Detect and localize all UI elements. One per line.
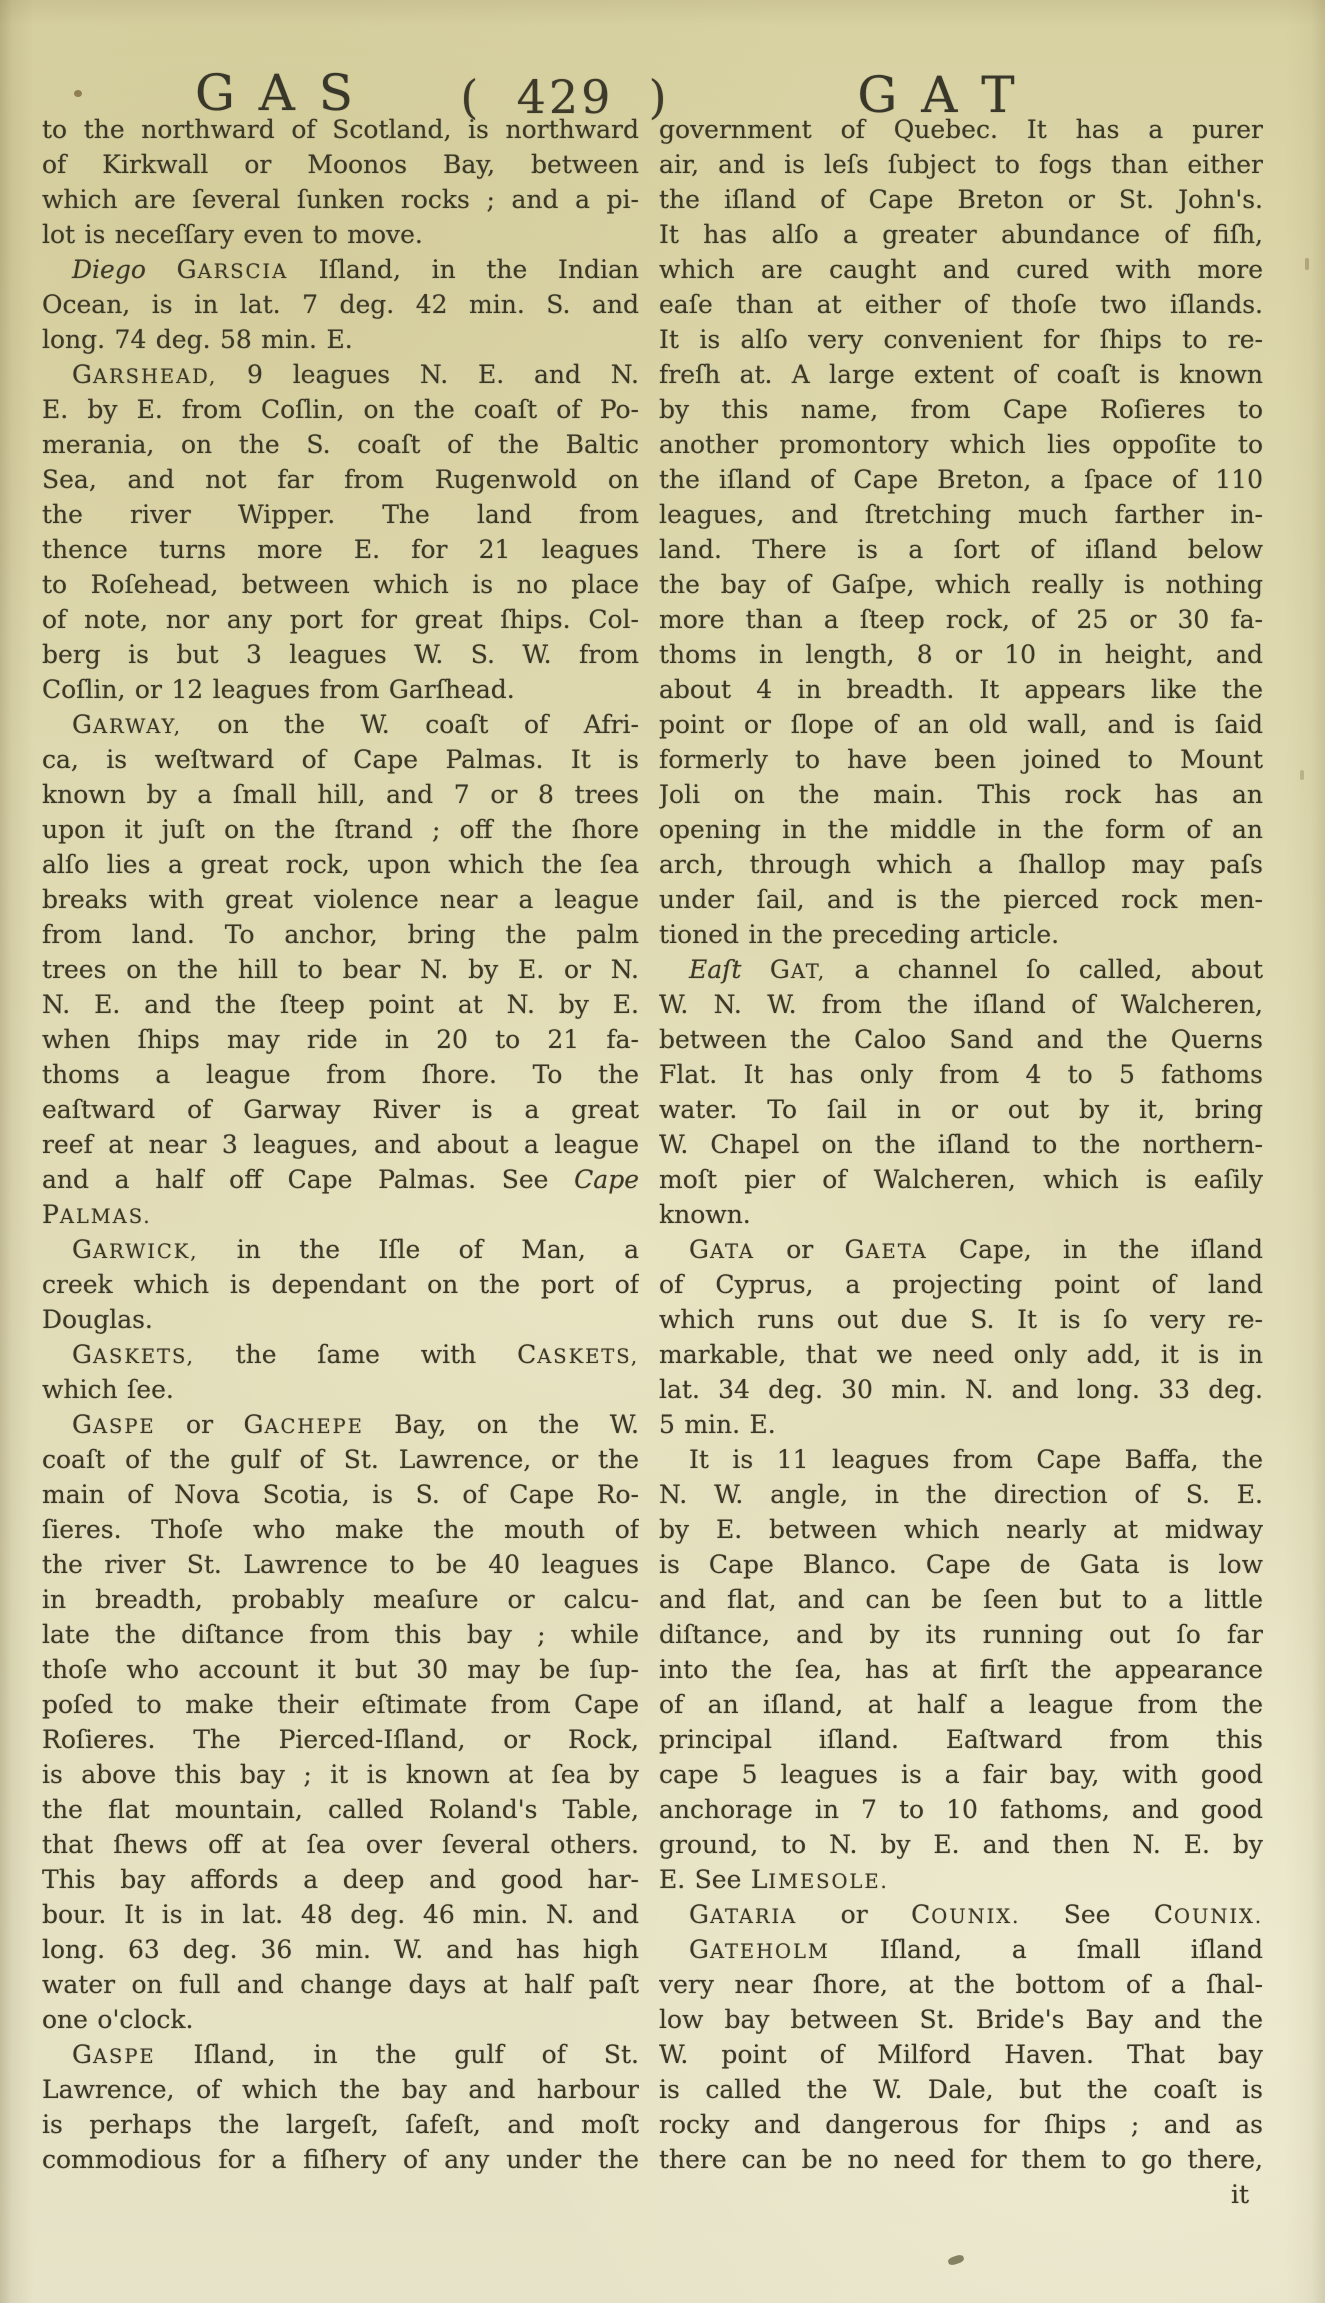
text-line: by E. between which nearly at midway (659, 1512, 1263, 1547)
text-line: poſed to make their eſtimate from Cape (42, 1687, 639, 1722)
text-line: PALMAS. (42, 1197, 639, 1232)
text-line: known. (659, 1197, 1263, 1232)
text-line: another promontory which lies oppoſite t… (659, 427, 1263, 462)
text-line: is above this bay ; it is known at ſea b… (42, 1757, 639, 1792)
text-line: long. 74 deg. 58 min. E. (42, 322, 639, 357)
text-line: leagues, and ſtretching much farther in- (659, 497, 1263, 532)
small-caps-entry: GATARIA (689, 1900, 797, 1929)
ink-speck (947, 2254, 965, 2267)
text-line: land. There is a ſort of iſland below (659, 532, 1263, 567)
text-line: is called the W. Dale, but the coaſt is (659, 2072, 1263, 2107)
left-column: to the northward of Scotland, is northwa… (42, 112, 639, 2177)
catchword: it (659, 2177, 1263, 2212)
text-line: is Cape Blanco. Cape de Gata is low (659, 1547, 1263, 1582)
text-line: creek which is dependant on the port of (42, 1267, 639, 1302)
text-line: long. 63 deg. 36 min. W. and has high (42, 1932, 639, 1967)
text-line: and flat, and can be ſeen but to a littl… (659, 1582, 1263, 1617)
text-line: formerly to have been joined to Mount (659, 742, 1263, 777)
text-line: more than a ſteep rock, of 25 or 30 fa- (659, 602, 1263, 637)
text-line: anchorage in 7 to 10 fathoms, and good (659, 1792, 1263, 1827)
text-line: ground, to N. by E. and then N. E. by (659, 1827, 1263, 1862)
text-line: W. Chapel on the iſland to the northern- (659, 1127, 1263, 1162)
text-line: tioned in the preceding article. (659, 917, 1263, 952)
text-line: W. N. W. from the iſland of Walcheren, (659, 987, 1263, 1022)
page-edge-mark (1305, 258, 1309, 270)
text-line: eaſe than at either of thoſe two iſlands… (659, 287, 1263, 322)
text-line: which runs out due S. It is ſo very re- (659, 1302, 1263, 1337)
small-caps-entry: LIMESOLE. (751, 1865, 889, 1894)
text-line: 5 min. E. (659, 1407, 1263, 1442)
text-line: thoms a league from ſhore. To the (42, 1057, 639, 1092)
text-line: about 4 in breadth. It appears like the (659, 672, 1263, 707)
text-line: This bay affords a deep and good har- (42, 1862, 639, 1897)
text-line: GATA or GAETA Cape, in the iſland (659, 1232, 1263, 1267)
text-line: of note, nor any port for great ſhips. C… (42, 602, 639, 637)
text-line: air, and is leſs ſubject to fogs than ei… (659, 147, 1263, 182)
text-line: the flat mountain, called Roland's Table… (42, 1792, 639, 1827)
text-line: water. To ſail in or out by it, bring (659, 1092, 1263, 1127)
text-line: water on full and change days at half pa… (42, 1967, 639, 2002)
text-line: thoms in length, 8 or 10 in height, and (659, 637, 1263, 672)
text-line: It is alſo very convenient for ſhips to … (659, 322, 1263, 357)
small-caps-entry: COUNIX. (1154, 1900, 1263, 1929)
text-line: lat. 34 deg. 30 min. N. and long. 33 deg… (659, 1372, 1263, 1407)
text-line: coaſt of the gulf of St. Lawrence, or th… (42, 1442, 639, 1477)
text-line: of Kirkwall or Moonos Bay, between (42, 147, 639, 182)
small-caps-entry: GASPE (72, 1410, 156, 1439)
text-line: Coſlin, or 12 leagues from Garſhead. (42, 672, 639, 707)
small-caps-entry: GATA (689, 1235, 755, 1264)
text-line: Lawrence, of which the bay and harbour (42, 2072, 639, 2107)
text-line: Douglas. (42, 1302, 639, 1337)
text-line: trees on the hill to bear N. by E. or N. (42, 952, 639, 987)
text-line: from land. To anchor, bring the palm (42, 917, 639, 952)
text-line: thence turns more E. for 21 leagues (42, 532, 639, 567)
small-caps-entry: GASKETS, (72, 1340, 195, 1369)
text-line: when ſhips may ride in 20 to 21 fa- (42, 1022, 639, 1057)
text-line: It is 11 leagues from Cape Baffa, the (659, 1442, 1263, 1477)
text-line: by this name, from Cape Roſieres to (659, 392, 1263, 427)
text-line: of Cyprus, a projecting point of land (659, 1267, 1263, 1302)
text-line: known by a ſmall hill, and 7 or 8 trees (42, 777, 639, 812)
text-line: GASPE Iſland, in the gulf of St. (42, 2037, 639, 2072)
text-line: the river St. Lawrence to be 40 leagues (42, 1547, 639, 1582)
small-caps-entry: GAETA (845, 1235, 928, 1264)
small-caps-entry: CASKETS, (517, 1340, 639, 1369)
text-line: point or ſlope of an old wall, and is ſa… (659, 707, 1263, 742)
text-line: arch, through which a ſhallop may paſs (659, 847, 1263, 882)
text-line: merania, on the S. coaſt of the Baltic (42, 427, 639, 462)
text-line: one o'clock. (42, 2002, 639, 2037)
text-line: GATARIA or COUNIX. See COUNIX. (659, 1897, 1263, 1932)
text-line: GASPE or GACHEPE Bay, on the W. (42, 1407, 639, 1442)
text-line: the river Wipper. The land from (42, 497, 639, 532)
small-caps-entry: GATEHOLM (689, 1935, 830, 1964)
text-line: the iſland of Cape Breton or St. John's. (659, 182, 1263, 217)
text-line: markable, that we need only add, it is i… (659, 1337, 1263, 1372)
text-line: to Roſehead, between which is no place (42, 567, 639, 602)
text-line: which are caught and cured with more (659, 252, 1263, 287)
ink-speck (74, 90, 82, 97)
text-line: thoſe who account it but 30 may be ſup- (42, 1652, 639, 1687)
text-line: ſieres. Thoſe who make the mouth of (42, 1512, 639, 1547)
text-line: upon it juſt on the ſtrand ; off the ſho… (42, 812, 639, 847)
text-line: Sea, and not far from Rugenwold on (42, 462, 639, 497)
page: G A S ( 429 ) G A T to the northward of … (0, 0, 1325, 2303)
text-line: the iſland of Cape Breton, a ſpace of 11… (659, 462, 1263, 497)
text-line: late the diſtance from this bay ; while (42, 1617, 639, 1652)
text-line: bour. It is in lat. 48 deg. 46 min. N. a… (42, 1897, 639, 1932)
text-line: berg is but 3 leagues W. S. W. from (42, 637, 639, 672)
text-line: Flat. It has only from 4 to 5 fathoms (659, 1057, 1263, 1092)
text-line: in breadth, probably meaſure or calcu- (42, 1582, 639, 1617)
small-caps-entry: GARSHEAD, (72, 360, 217, 389)
page-edge-mark (1300, 770, 1304, 780)
small-caps-entry: PALMAS. (42, 1200, 151, 1229)
text-line: freſh at. A large extent of coaſt is kno… (659, 357, 1263, 392)
small-caps-entry: GACHEPE (244, 1410, 364, 1439)
text-line: moſt pier of Walcheren, which is eaſily (659, 1162, 1263, 1197)
text-line: into the ſea, has at firſt the appearanc… (659, 1652, 1263, 1687)
text-line: under ſail, and is the pierced rock men- (659, 882, 1263, 917)
text-line: E. by E. from Coſlin, on the coaſt of Po… (42, 392, 639, 427)
text-line: breaks with great violence near a league (42, 882, 639, 917)
text-line: GARWAY, on the W. coaſt of Afri- (42, 707, 639, 742)
right-column: government of Quebec. It has a purerair,… (659, 112, 1263, 2212)
text-line: Roſieres. The Pierced-Iſland, or Rock, (42, 1722, 639, 1757)
text-line: that ſhews off at ſea over ſeveral other… (42, 1827, 639, 1862)
text-line: very near ſhore, at the bottom of a ſhal… (659, 1967, 1263, 2002)
text-line: low bay between St. Bride's Bay and the (659, 2002, 1263, 2037)
text-line: Joli on the main. This rock has an (659, 777, 1263, 812)
text-line: there can be no need for them to go ther… (659, 2142, 1263, 2177)
small-caps-entry: GARSCIA (177, 255, 289, 284)
small-caps-entry: GARWAY, (72, 710, 182, 739)
small-caps-entry: GAT, (770, 955, 826, 984)
text-line: Ocean, is in lat. 7 deg. 42 min. S. and (42, 287, 639, 322)
text-line: ca, is weſtward of Cape Palmas. It is (42, 742, 639, 777)
text-line: main of Nova Scotia, is S. of Cape Ro- (42, 1477, 639, 1512)
text-line: GARSHEAD, 9 leagues N. E. and N. (42, 357, 639, 392)
text-line: W. point of Milford Haven. That bay (659, 2037, 1263, 2072)
text-line: reef at near 3 leagues, and about a leag… (42, 1127, 639, 1162)
text-line: N. E. and the ſteep point at N. by E. (42, 987, 639, 1022)
text-line: is perhaps the largeſt, ſafeſt, and moſt (42, 2107, 639, 2142)
text-line: GARWICK, in the Iſle of Man, a (42, 1232, 639, 1267)
text-line: government of Quebec. It has a purer (659, 112, 1263, 147)
text-line: eaſtward of Garway River is a great (42, 1092, 639, 1127)
text-line: alſo lies a great rock, upon which the ſ… (42, 847, 639, 882)
text-line: cape 5 leagues is a fair bay, with good (659, 1757, 1263, 1792)
text-line: which are ſeveral ſunken rocks ; and a p… (42, 182, 639, 217)
text-line: E. See LIMESOLE. (659, 1862, 1263, 1897)
text-line: Eaſt GAT, a channel ſo called, about (659, 952, 1263, 987)
text-line: the bay of Gaſpe, which really is nothin… (659, 567, 1263, 602)
small-caps-entry: GARWICK, (72, 1235, 198, 1264)
text-line: N. W. angle, in the direction of S. E. (659, 1477, 1263, 1512)
text-line: Diego GARSCIA Iſland, in the Indian (42, 252, 639, 287)
text-line: rocky and dangerous for ſhips ; and as (659, 2107, 1263, 2142)
text-line: of an iſland, at half a league from the (659, 1687, 1263, 1722)
text-line: GATEHOLM Iſland, a ſmall iſland (659, 1932, 1263, 1967)
text-line: It has alſo a greater abundance of fiſh, (659, 217, 1263, 252)
text-line: diſtance, and by its running out ſo far (659, 1617, 1263, 1652)
small-caps-entry: GASPE (72, 2040, 156, 2069)
text-line: to the northward of Scotland, is northwa… (42, 112, 639, 147)
text-line: between the Caloo Sand and the Querns (659, 1022, 1263, 1057)
text-line: opening in the middle in the form of an (659, 812, 1263, 847)
text-line: lot is neceſſary even to move. (42, 217, 639, 252)
small-caps-entry: COUNIX. (911, 1900, 1020, 1929)
text-line: which ſee. (42, 1372, 639, 1407)
text-line: GASKETS, the ſame with CASKETS, (42, 1337, 639, 1372)
text-line: and a half off Cape Palmas. See Cape (42, 1162, 639, 1197)
text-line: principal iſland. Eaſtward from this (659, 1722, 1263, 1757)
text-line: commodious for a fiſhery of any under th… (42, 2142, 639, 2177)
